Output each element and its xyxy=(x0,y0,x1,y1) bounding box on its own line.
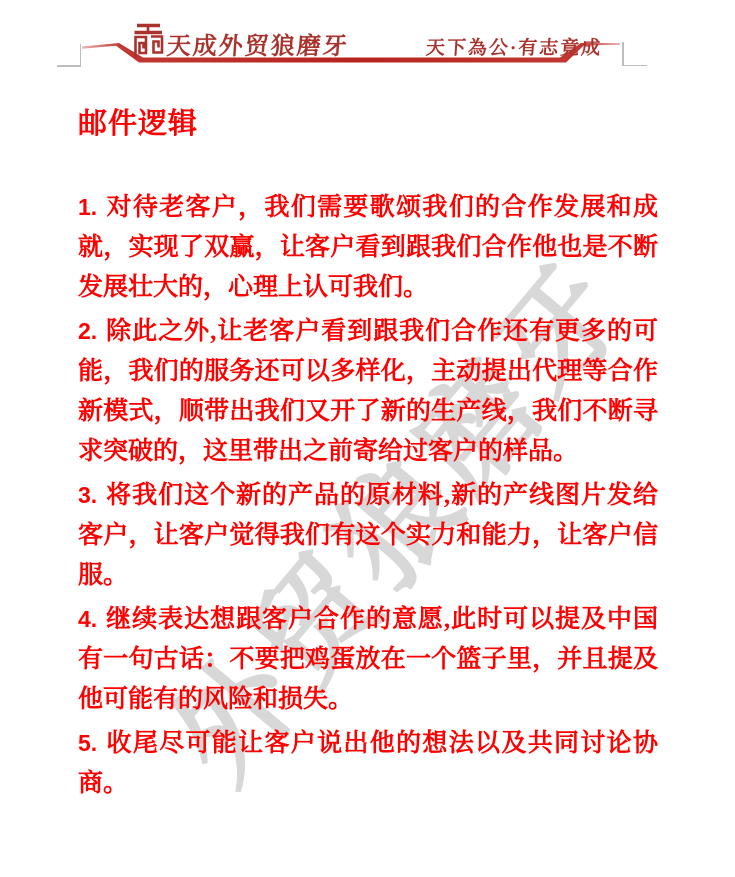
page-header: 天成外贸狼磨牙 天下為公·有志竟成 xyxy=(0,0,735,95)
page-title: 邮件逻辑 xyxy=(78,108,658,141)
paragraph-5: 5.收尾尽可能让客户说出他的想法以及共同讨论协商。 xyxy=(78,723,658,804)
paragraph-2-number: 2. xyxy=(78,318,97,344)
paragraph-5-text: 收尾尽可能让客户说出他的想法以及共同讨论协商。 xyxy=(78,730,658,797)
paragraph-1: 1.对待老客户，我们需要歌颂我们的合作发展和成就，实现了双赢，让客户看到跟我们合… xyxy=(78,187,658,308)
document-body: 邮件逻辑 1.对待老客户，我们需要歌颂我们的合作发展和成就，实现了双赢，让客户看… xyxy=(0,0,735,877)
paragraph-4: 4.继续表达想跟客户合作的意愿,此时可以提及中国有一句古话：不要把鸡蛋放在一个篮… xyxy=(78,599,658,720)
brand-seal-icon xyxy=(131,22,165,60)
paragraph-3: 3.将我们这个新的产品的原材料,新的产线图片发给客户，让客户觉得我们有这个实力和… xyxy=(78,475,658,596)
paragraph-4-number: 4. xyxy=(78,606,97,632)
paragraph-4-text: 继续表达想跟客户合作的意愿,此时可以提及中国有一句古话：不要把鸡蛋放在一个篮子里… xyxy=(78,606,658,713)
brand-name: 天成外贸狼磨牙 xyxy=(166,26,350,61)
header-boundary-mark-left xyxy=(57,44,81,66)
brand-slogan: 天下為公·有志竟成 xyxy=(425,33,603,60)
document-page: 外贸狼磨牙 天成外贸狼磨牙 xyxy=(0,0,735,877)
paragraph-2-text: 除此之外,让老客户看到跟我们合作还有更多的可能，我们的服务还可以多样化，主动提出… xyxy=(78,318,658,465)
header-boundary-mark-right xyxy=(622,42,647,66)
paragraph-1-number: 1. xyxy=(78,194,97,220)
paragraph-1-text: 对待老客户，我们需要歌颂我们的合作发展和成就，实现了双赢，让客户看到跟我们合作他… xyxy=(78,194,658,301)
paragraph-3-text: 将我们这个新的产品的原材料,新的产线图片发给客户，让客户觉得我们有这个实力和能力… xyxy=(78,482,658,589)
paragraph-2: 2.除此之外,让老客户看到跟我们合作还有更多的可能，我们的服务还可以多样化，主动… xyxy=(78,311,658,472)
paragraph-3-number: 3. xyxy=(78,482,97,508)
paragraph-5-number: 5. xyxy=(78,730,97,756)
